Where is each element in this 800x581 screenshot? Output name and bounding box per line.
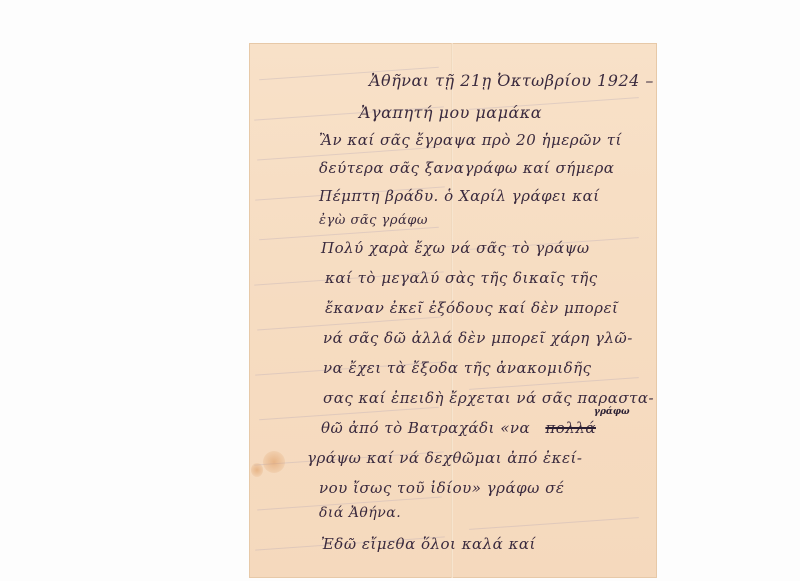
body-line: νά σᾶς δῶ ἀλλά δὲν μπορεῖ χάρη γλῶ-: [323, 329, 633, 347]
body-line: Πέμπτη βράδυ. ὁ Χαρίλ γράφει καί: [319, 187, 600, 205]
scanned-page: Ἀθῆναι τῇ 21ῃ Ὀκτωβρίου 1924 – Ἀγαπητή μ…: [0, 0, 800, 581]
body-line: σας καί ἐπειδὴ ἔρχεται νά σᾶς παραστα-: [323, 389, 654, 407]
body-line: ἐγὼ σᾶς γράφω: [319, 213, 428, 228]
body-line: Πολύ χαρὰ ἔχω νά σᾶς τὸ γράψω: [321, 239, 590, 257]
struck-word: πολλά: [545, 419, 596, 437]
body-line: να ἔχει τὰ ἔξοδα τῆς ἀνακομιδῆς: [323, 359, 592, 377]
water-stain: [263, 451, 285, 473]
dateline: Ἀθῆναι τῇ 21ῃ Ὀκτωβρίου 1924 –: [369, 71, 654, 90]
body-line: δεύτερα σᾶς ξαναγράφω καί σήμερα: [319, 159, 614, 177]
body-line: καί τὸ μεγαλύ σὰς τῆς δικαῖς τῆς: [325, 269, 598, 287]
body-line: Ἂν καί σᾶς ἔγραψα πρὸ 20 ἡμερῶν τί: [319, 131, 622, 149]
body-line-text: θῶ ἀπό τὸ Βατραχάδι «να: [321, 419, 530, 437]
body-line: νου ἴσως τοῦ ἰδίου» γράφω σέ: [319, 479, 564, 497]
body-line: Ἐδῶ εἴμεθα ὅλοι καλά καί: [321, 535, 536, 553]
body-line: ἔκαναν ἐκεῖ ἐξόδους καί δὲν μπορεῖ: [325, 299, 618, 317]
letter-paper: Ἀθῆναι τῇ 21ῃ Ὀκτωβρίου 1924 – Ἀγαπητή μ…: [249, 43, 657, 578]
inserted-word: γράφω: [594, 407, 630, 417]
water-stain: [251, 463, 263, 477]
salutation: Ἀγαπητή μου μαμάκα: [359, 103, 542, 122]
body-line: θῶ ἀπό τὸ Βατραχάδι «να πολλά: [321, 419, 596, 437]
body-line: γράψω καί νά δεχθῶμαι ἀπό ἐκεί-: [307, 449, 582, 467]
body-line: διά Ἀθήνα.: [319, 505, 401, 521]
